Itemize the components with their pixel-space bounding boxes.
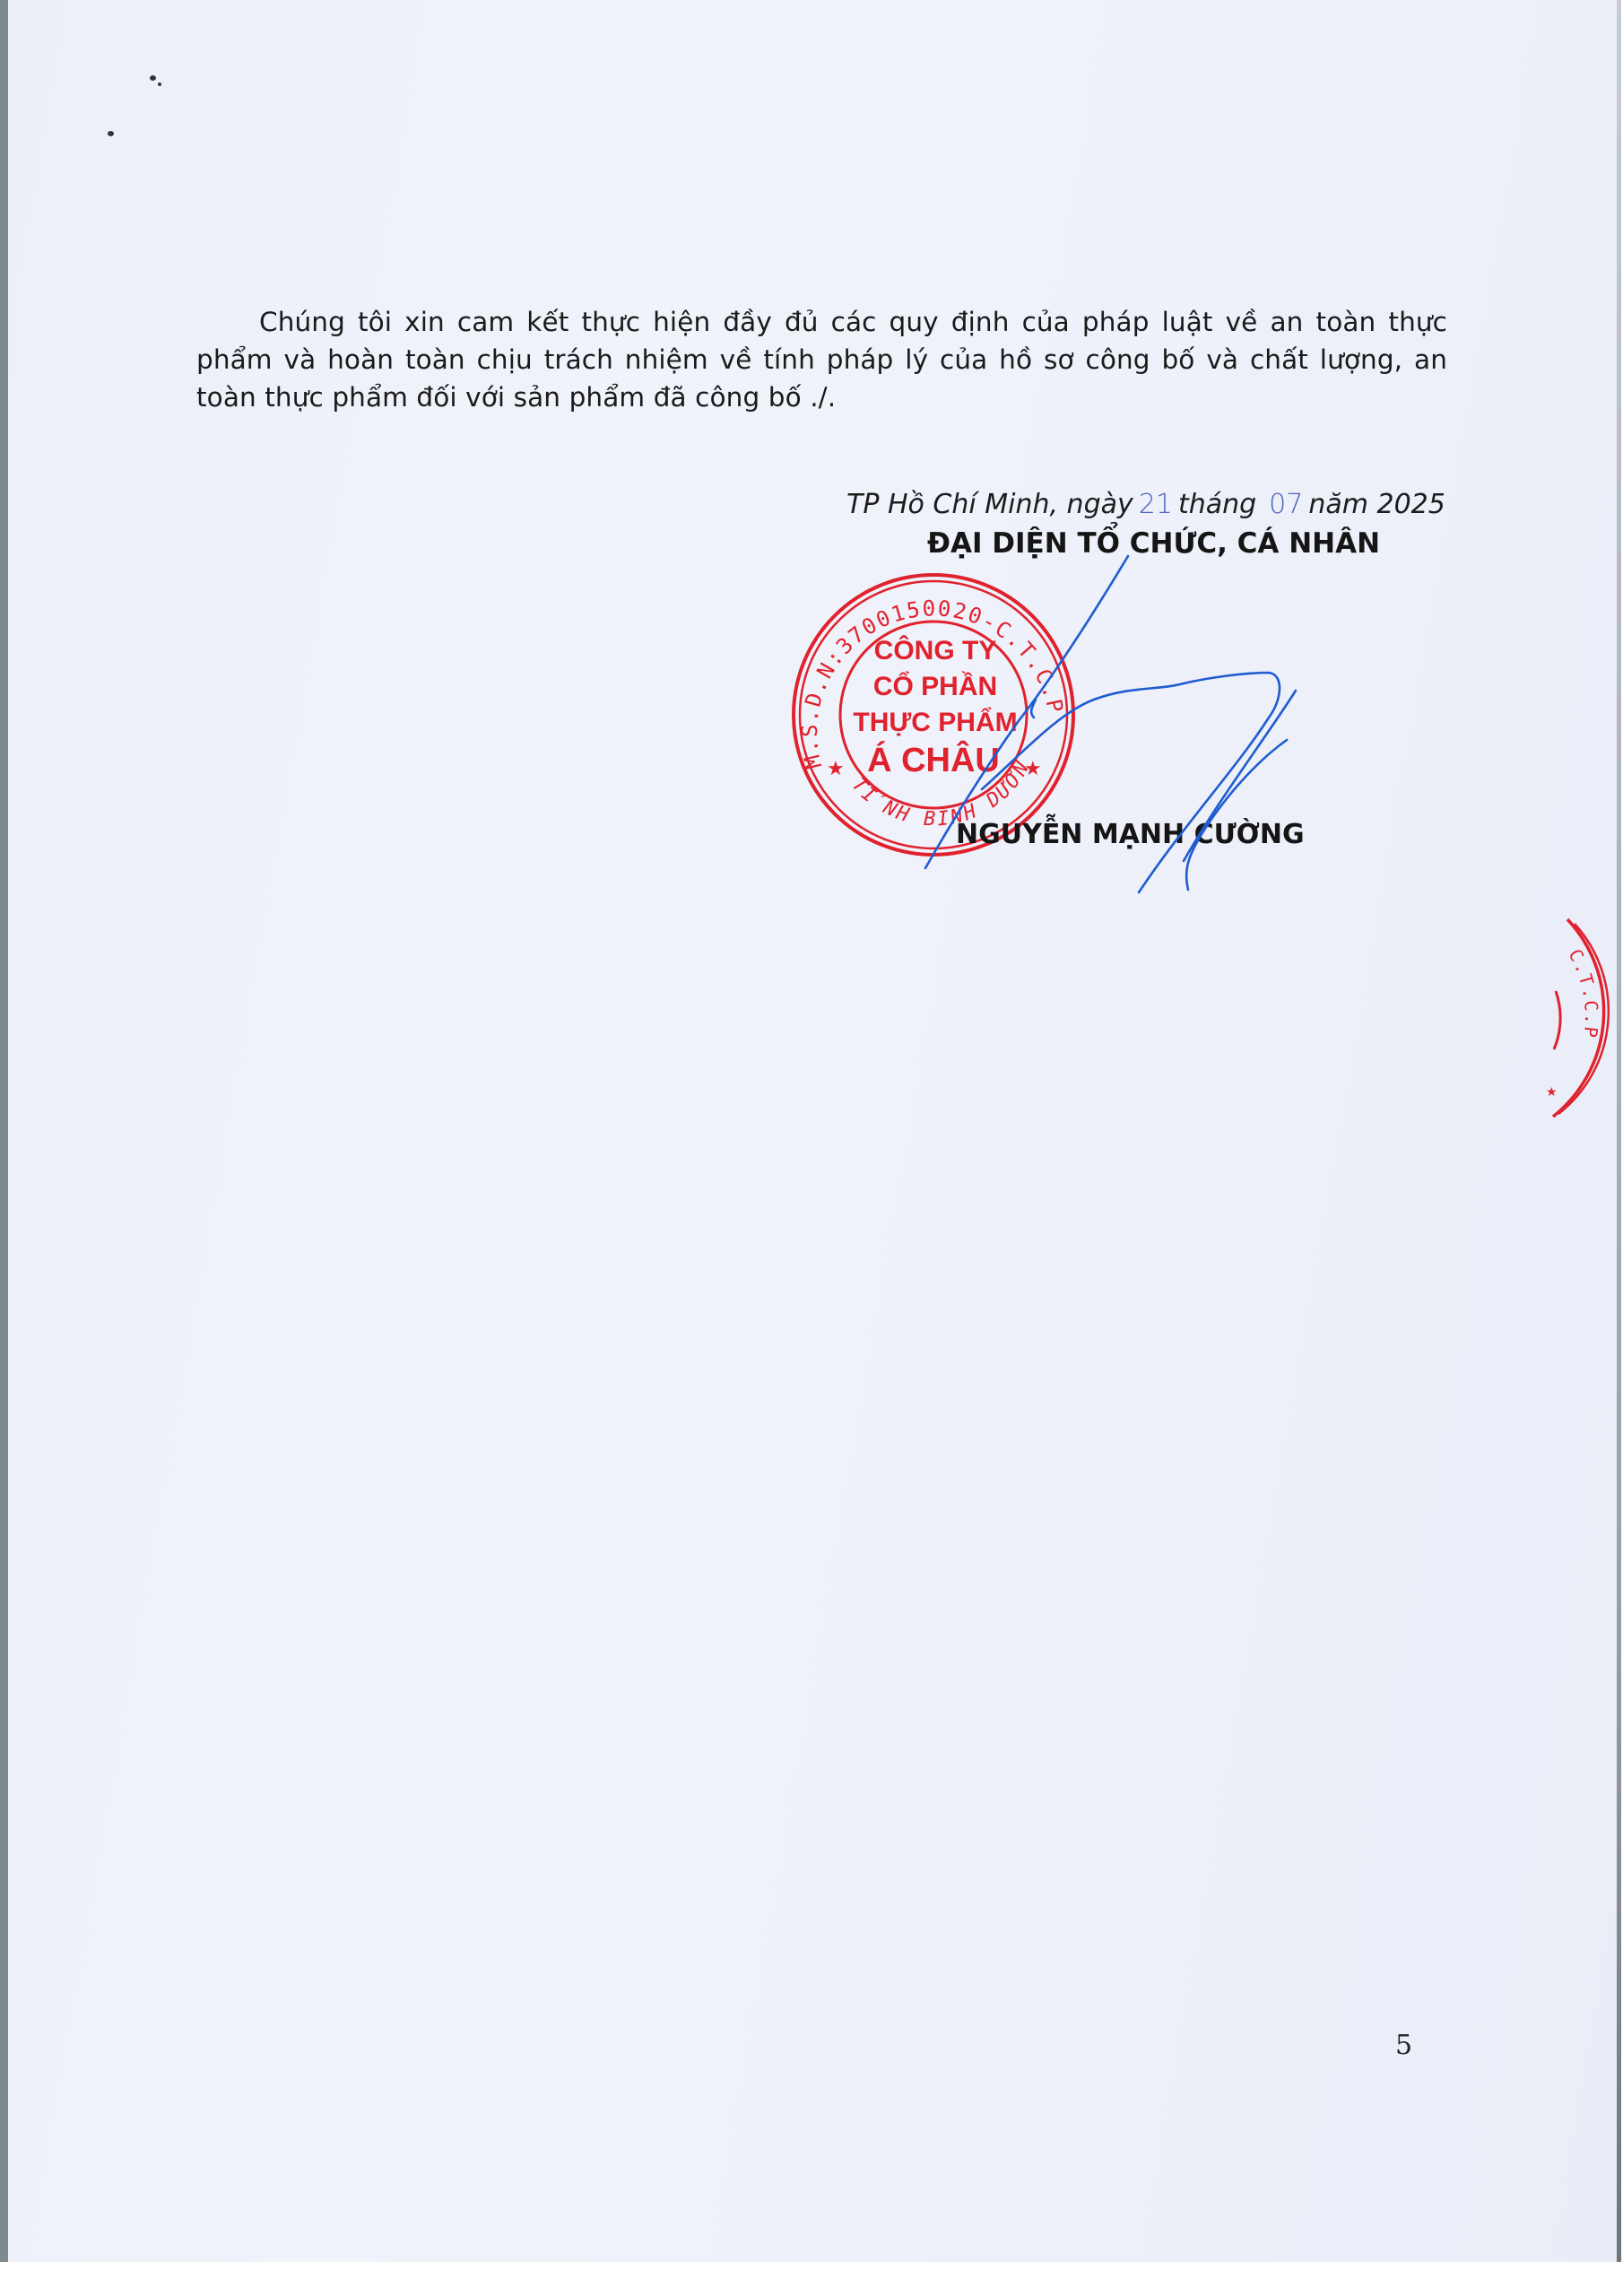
scan-edge-left <box>0 0 8 2262</box>
commitment-text: Chúng tôi xin cam kết thực hiện đầy đủ c… <box>196 307 1447 413</box>
partial-stamp-star: ★ <box>1546 1085 1558 1100</box>
place-date-prefix: TP Hồ Chí Minh, ngày <box>846 489 1133 520</box>
partial-stamp: C.T.C.P ★ <box>1524 906 1623 1139</box>
handwritten-day: 21 <box>1133 489 1178 520</box>
place-date-line: TP Hồ Chí Minh, ngày21tháng07năm 2025 <box>846 489 1474 520</box>
handwritten-month: 07 <box>1256 489 1308 520</box>
scan-speck <box>108 131 114 136</box>
commitment-paragraph: Chúng tôi xin cam kết thực hiện đầy đủ c… <box>196 303 1447 416</box>
scan-speck <box>150 75 156 81</box>
month-label: tháng <box>1178 489 1256 520</box>
stamp-star-left: ★ <box>827 758 845 780</box>
page-number: 5 <box>1395 2030 1412 2061</box>
year-label: năm 2025 <box>1308 489 1445 520</box>
signature <box>915 529 1336 906</box>
scan-speck <box>158 83 161 86</box>
scanned-page: Chúng tôi xin cam kết thực hiện đầy đủ c… <box>0 0 1621 2262</box>
